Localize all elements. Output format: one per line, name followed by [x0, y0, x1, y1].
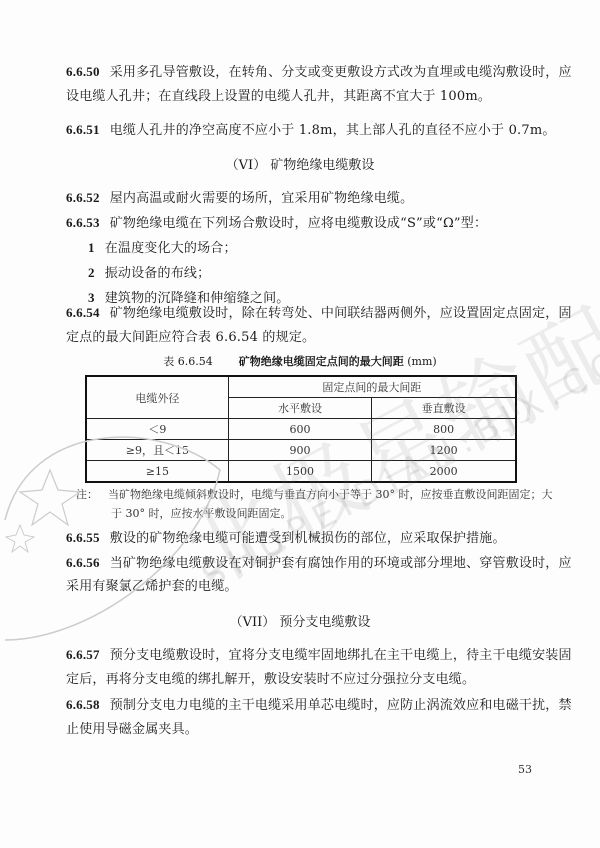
table-header-horizontal: 水平敷设 — [228, 398, 371, 419]
list-item: 1在温度变化大的场合； — [88, 239, 237, 258]
table-cell: 1500 — [228, 461, 371, 483]
clause-text: 矿物绝缘电缆在下列场合敷设时，应将电缆敷设成“S”或“Ω”型： — [110, 216, 487, 231]
page-number: 53 — [518, 763, 532, 776]
clause-6-6-56-cont: 采用有聚氯乙烯护套的电缆。 — [66, 578, 238, 596]
list-number: 3 — [88, 290, 95, 305]
list-text: 振动设备的布线； — [105, 266, 211, 281]
table-cell: ≥15 — [86, 461, 228, 483]
clause-number: 6.6.57 — [66, 647, 100, 662]
clause-number: 6.6.53 — [66, 215, 100, 230]
clause-text: 矿物绝缘电缆敷设时，除在转弯处、中间联结器两侧外，应设置固定点固定，固 — [110, 306, 572, 321]
clause-number: 6.6.56 — [66, 555, 100, 570]
table-cell: 600 — [228, 419, 371, 440]
clause-6-6-58: 6.6.58预制分支电力电缆的主干电缆采用单芯电缆时，应防止涡流效应和电磁干扰，… — [66, 696, 572, 715]
clause-text: 电缆人孔井的净空高度不应小于 1.8m，其上部人孔的直径不应小于 0.7m。 — [110, 123, 556, 138]
list-item: 2振动设备的布线； — [88, 264, 210, 283]
table-number: 表 6.6.54 — [163, 355, 212, 368]
section-heading-vi: （VI） 矿物绝缘电缆敷设 — [0, 157, 600, 175]
clause-number: 6.6.50 — [66, 64, 100, 79]
clause-6-6-54: 6.6.54矿物绝缘电缆敷设时，除在转弯处、中间联结器两侧外，应设置固定点固定，… — [66, 304, 572, 323]
clause-6-6-51: 6.6.51电缆人孔井的净空高度不应小于 1.8m，其上部人孔的直径不应小于 0… — [66, 121, 556, 140]
table-cell: ＜9 — [86, 419, 228, 440]
table-header-max-spacing: 固定点间的最大间距 — [228, 376, 516, 398]
table-note-cont: 于 30° 时，应按水平敷设间距固定。 — [111, 505, 292, 523]
table-header-cable-od: 电缆外径 — [86, 376, 228, 419]
list-number: 1 — [88, 240, 95, 255]
table-title: 矿物绝缘电缆固定点间的最大间距 — [239, 355, 404, 368]
clause-text: 预分支电缆敷设时，宜将分支电缆牢固地绑扎在主干电缆上，待主干电缆安装固 — [110, 648, 572, 663]
clause-text: 采用多孔导管敷设，在转角、分支或变更敷设方式改为直埋或电缆沟敷设时，应 — [110, 65, 572, 80]
clause-6-6-55: 6.6.55敷设的矿物绝缘电缆可能遭受到机械损伤的部位，应采取保护措施。 — [66, 529, 506, 548]
clause-number: 6.6.54 — [66, 305, 100, 320]
table-row: ≥9，且＜15 900 1200 — [86, 440, 516, 461]
table-unit: (mm) — [407, 355, 436, 368]
document-page: 6.6.50采用多孔导管敷设，在转角、分支或变更敷设方式改为直埋或电缆沟敷设时，… — [0, 0, 600, 848]
clause-6-6-57-cont: 定后，再将分支电缆的绑扎解开，敷设安装时不应过分强拉分支电缆。 — [66, 671, 475, 689]
table-row: ＜9 600 800 — [86, 419, 516, 440]
table-note: 注：当矿物绝缘电缆倾斜敷设时，电缆与垂直方向小于等于 30° 时，应按垂直敷设间… — [76, 486, 553, 504]
clause-text: 敷设的矿物绝缘电缆可能遭受到机械损伤的部位，应采取保护措施。 — [110, 531, 506, 546]
clause-number: 6.6.55 — [66, 530, 100, 545]
spacing-table: 电缆外径 固定点间的最大间距 水平敷设 垂直敷设 ＜9 600 800 ≥9，且… — [85, 375, 517, 483]
table-cell: 900 — [228, 440, 371, 461]
clause-6-6-53: 6.6.53矿物绝缘电缆在下列场合敷设时，应将电缆敷设成“S”或“Ω”型： — [66, 214, 487, 233]
clause-6-6-54-cont: 定点的最大间距应符合表 6.6.54 的规定。 — [66, 329, 315, 347]
clause-number: 6.6.52 — [66, 190, 100, 205]
clause-6-6-56: 6.6.56当矿物绝缘电缆敷设在对铜护套有腐蚀作用的环境或部分埋地、穿管敷设时，… — [66, 554, 572, 573]
list-text: 在温度变化大的场合； — [105, 241, 237, 256]
note-label: 注： — [76, 488, 98, 501]
section-heading-vii: （VII） 预分支电缆敷设 — [0, 614, 600, 632]
table-row: ≥15 1500 2000 — [86, 461, 516, 483]
clause-6-6-50-cont: 设电缆人孔井；在直线段上设置的电缆人孔井，其距离不宜大于 100m。 — [66, 88, 491, 106]
clause-number: 6.6.51 — [66, 122, 100, 137]
table-cell: ≥9，且＜15 — [86, 440, 228, 461]
clause-number: 6.6.58 — [66, 697, 100, 712]
table-cell: 800 — [372, 419, 516, 440]
clause-text: 屋内高温或耐火需要的场所，宜采用矿物绝缘电缆。 — [110, 191, 414, 206]
clause-6-6-50: 6.6.50采用多孔导管敷设，在转角、分支或变更敷设方式改为直埋或电缆沟敷设时，… — [66, 63, 572, 82]
table-header-vertical: 垂直敷设 — [372, 398, 516, 419]
list-number: 2 — [88, 265, 95, 280]
table-cell: 1200 — [372, 440, 516, 461]
clause-6-6-57: 6.6.57预分支电缆敷设时，宜将分支电缆牢固地绑扎在主干电缆上，待主干电缆安装… — [66, 646, 572, 665]
clause-text: 预制分支电力电缆的主干电缆采用单芯电缆时，应防止涡流效应和电磁干扰，禁 — [110, 698, 572, 713]
note-text: 当矿物绝缘电缆倾斜敷设时，电缆与垂直方向小于等于 30° 时，应按垂直敷设间距固… — [108, 488, 553, 501]
table-cell: 2000 — [372, 461, 516, 483]
table-caption: 表 6.6.54矿物绝缘电缆固定点间的最大间距 (mm) — [0, 354, 600, 370]
clause-6-6-52: 6.6.52屋内高温或耐火需要的场所，宜采用矿物绝缘电缆。 — [66, 189, 413, 208]
clause-6-6-58-cont: 止使用导磁金属夹具。 — [66, 721, 198, 739]
clause-text: 当矿物绝缘电缆敷设在对铜护套有腐蚀作用的环境或部分埋地、穿管敷设时，应 — [110, 556, 572, 571]
